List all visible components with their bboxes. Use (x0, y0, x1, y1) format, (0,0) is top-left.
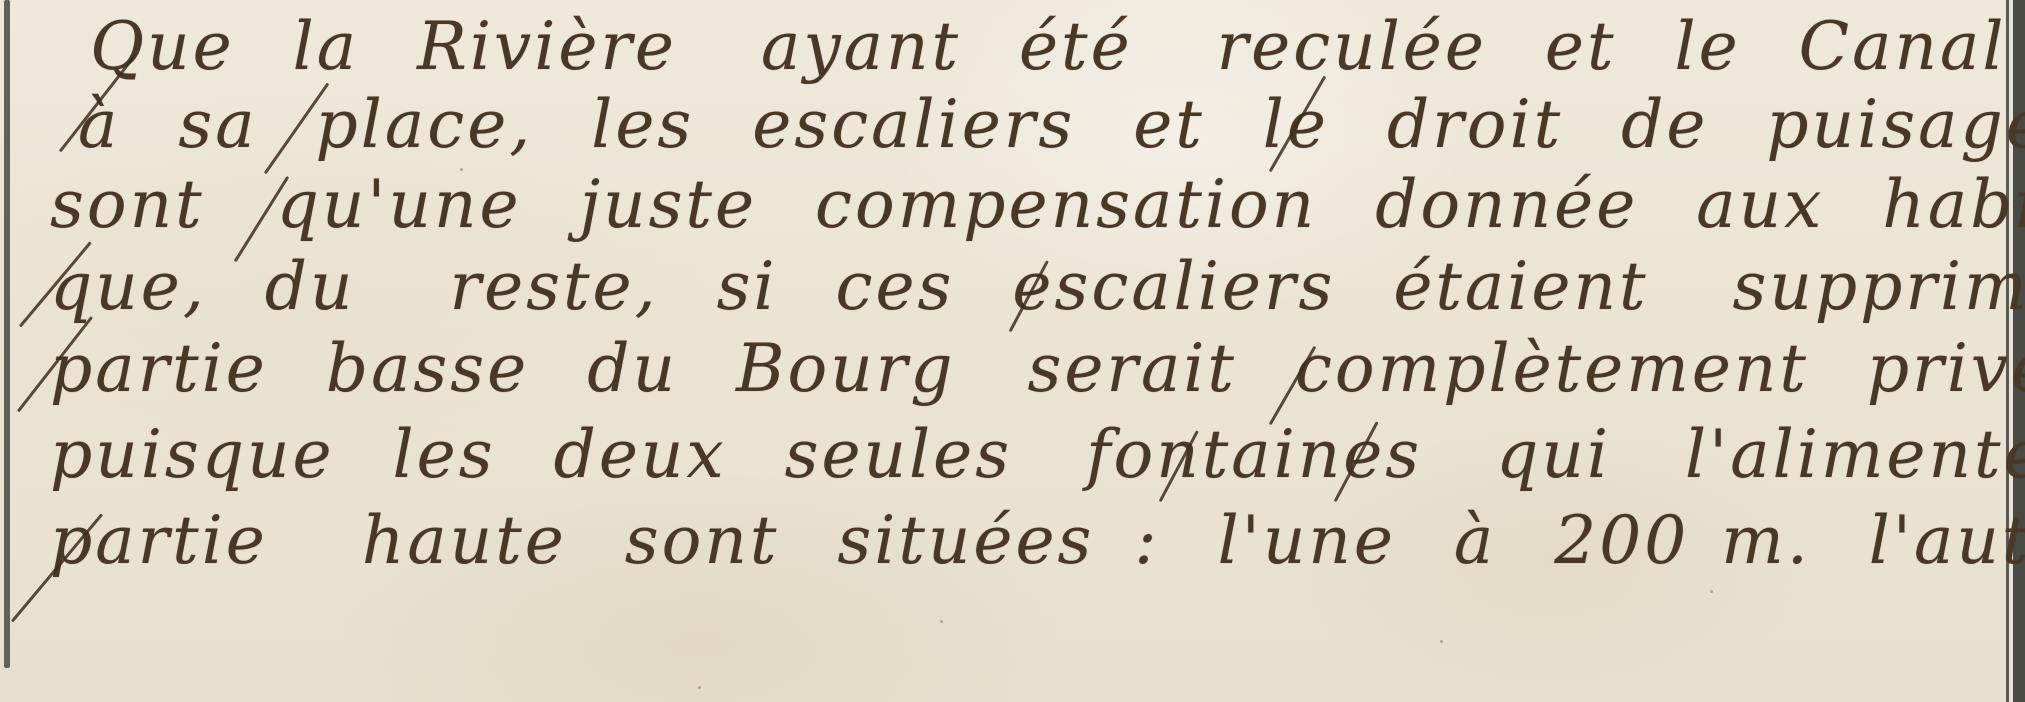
manuscript-page: Que la Rivière ayant été reculée et le C… (0, 0, 2025, 702)
word: droit (1387, 86, 1563, 163)
word: escaliers (752, 86, 1075, 163)
text-line-3: sont qu'une juste compensation donnée au… (50, 166, 2025, 243)
word: de (1621, 86, 1708, 163)
word: et (1545, 8, 1617, 85)
paper-speck (1710, 590, 1713, 593)
word: situées (837, 502, 1094, 579)
word: Que (90, 8, 235, 85)
paper-speck (698, 686, 701, 689)
word: les (591, 86, 694, 163)
word: du (265, 248, 356, 325)
word: si (717, 248, 778, 325)
word: compensation (815, 166, 1317, 243)
text-line-7: partie haute sont situées : l'une à 200 … (50, 502, 2025, 579)
word: qu'une (277, 166, 522, 243)
word: 200 (1554, 502, 1689, 579)
word: habitans; (1882, 166, 2025, 243)
word: reste, (450, 248, 659, 325)
word: puisage (1766, 86, 2025, 163)
word: été (1019, 8, 1133, 85)
text-line-1: Que la Rivière ayant été reculée et le C… (90, 8, 2025, 85)
word: m. (1721, 502, 1811, 579)
word: Rivière (417, 8, 677, 85)
word: haute (362, 502, 567, 579)
word: du (587, 330, 678, 407)
word: Bourg (736, 330, 956, 407)
word: l'autre (1869, 502, 2025, 579)
word: supprimés, (1732, 248, 2025, 325)
word: étaient (1393, 248, 1648, 325)
word: puisque (50, 416, 335, 493)
word: place, (316, 86, 534, 163)
paper-speck (940, 620, 943, 623)
text-line-2: à sa place, les escaliers et le droit de… (78, 86, 2025, 163)
paper-speck (1440, 640, 1443, 643)
word: l'une (1218, 502, 1396, 579)
word: sa (178, 86, 257, 163)
word: escaliers (1012, 248, 1335, 325)
word: complètement (1295, 330, 1809, 407)
text-line-4: que, du reste, si ces escaliers étaient … (50, 248, 2025, 325)
word: deux (554, 416, 727, 493)
word: partie (50, 502, 268, 579)
word: : (1134, 502, 1159, 579)
word: aux (1696, 166, 1824, 243)
word: ces (836, 248, 955, 325)
word: les (393, 416, 496, 493)
word: la (293, 8, 359, 85)
word: l'alimentent (1685, 416, 2025, 493)
word: donnée (1375, 166, 1638, 243)
word: qui (1496, 416, 1611, 493)
word: basse (326, 330, 529, 407)
word: ayant (761, 8, 961, 85)
word: seules (785, 416, 1012, 493)
text-line-5: partie basse du Bourg serait complètemen… (50, 330, 2025, 407)
word: privée (1867, 330, 2025, 407)
word: à (1454, 502, 1496, 579)
word: reculée (1217, 8, 1487, 85)
word: partie (50, 330, 268, 407)
word: sont (50, 166, 205, 243)
word: et (1133, 86, 1205, 163)
word: juste (580, 166, 757, 243)
word: Canal (1799, 8, 2007, 85)
paper-speck (460, 168, 463, 171)
word: le (1674, 8, 1740, 85)
text-line-6: puisque les deux seules fontaines qui l'… (50, 416, 2025, 493)
left-margin-rule (4, 0, 10, 668)
word: sont (625, 502, 780, 579)
word: serait (1028, 330, 1237, 407)
